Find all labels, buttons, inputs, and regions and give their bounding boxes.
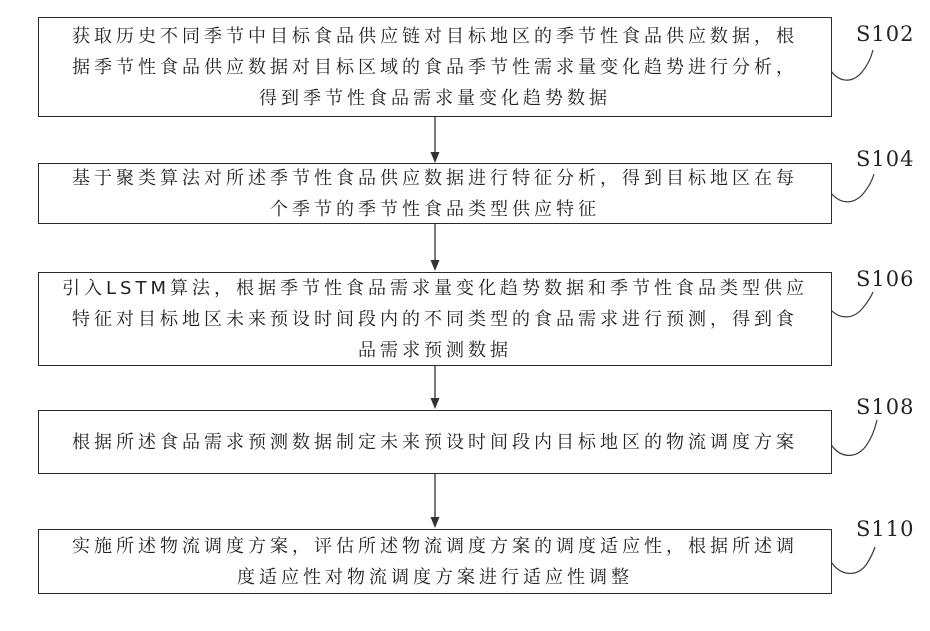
step-text-line: 度适应性对物流调度方案进行适应性调整 xyxy=(237,562,633,593)
flowchart-canvas: 获取历史不同季节中目标食品供应链对目标地区的季节性食品供应数据，根 据季节性食品… xyxy=(0,0,930,631)
down-arrow xyxy=(431,474,440,528)
step-text-line: 得到季节性食品需求量变化趋势数据 xyxy=(259,83,611,114)
step-text-line: 特征对目标地区未来预设时间段内的不同类型的食品需求进行预测，得到食 xyxy=(72,304,798,335)
step-text-line: 实施所述物流调度方案，评估所述物流调度方案的调度适应性，根据所述调 xyxy=(72,531,798,562)
step-text-line: 引入LSTM算法，根据季节性食品需求量变化趋势数据和季节性食品类型供应 xyxy=(62,273,808,304)
step-label-s110: S110 xyxy=(856,517,922,541)
step-label-s104: S104 xyxy=(856,147,922,171)
step-text-line: 根据所述食品需求预测数据制定未来预设时间段内目标地区的物流调度方案 xyxy=(72,427,798,458)
flow-step-s110: 实施所述物流调度方案，评估所述物流调度方案的调度适应性，根据所述调 度适应性对物… xyxy=(38,529,832,594)
flow-step-s104: 基于聚类算法对所述季节性食品供应数据进行特征分析，得到目标地区在每 个季节的季节… xyxy=(38,163,832,224)
step-text-line: 基于聚类算法对所述季节性食品供应数据进行特征分析，得到目标地区在每 xyxy=(72,163,798,194)
step-text-line: 个季节的季节性食品类型供应特征 xyxy=(270,194,600,225)
down-arrow xyxy=(431,366,440,409)
step-text-line: 获取历史不同季节中目标食品供应链对目标地区的季节性食品供应数据，根 xyxy=(72,21,798,52)
down-arrow xyxy=(431,224,440,271)
flow-step-s108: 根据所述食品需求预测数据制定未来预设时间段内目标地区的物流调度方案 xyxy=(38,410,832,474)
label-connector xyxy=(830,50,877,573)
step-label-s108: S108 xyxy=(856,395,922,419)
flow-step-s102: 获取历史不同季节中目标食品供应链对目标地区的季节性食品供应数据，根 据季节性食品… xyxy=(38,17,832,117)
down-arrow xyxy=(431,117,440,163)
step-text-line: 品需求预测数据 xyxy=(358,335,512,366)
step-label-s106: S106 xyxy=(856,267,922,291)
step-label-s102: S102 xyxy=(856,22,922,46)
step-text-line: 据季节性食品供应数据对目标区域的食品季节性需求量变化趋势进行分析， xyxy=(72,52,798,83)
flow-step-s106: 引入LSTM算法，根据季节性食品需求量变化趋势数据和季节性食品类型供应 特征对目… xyxy=(38,272,832,366)
